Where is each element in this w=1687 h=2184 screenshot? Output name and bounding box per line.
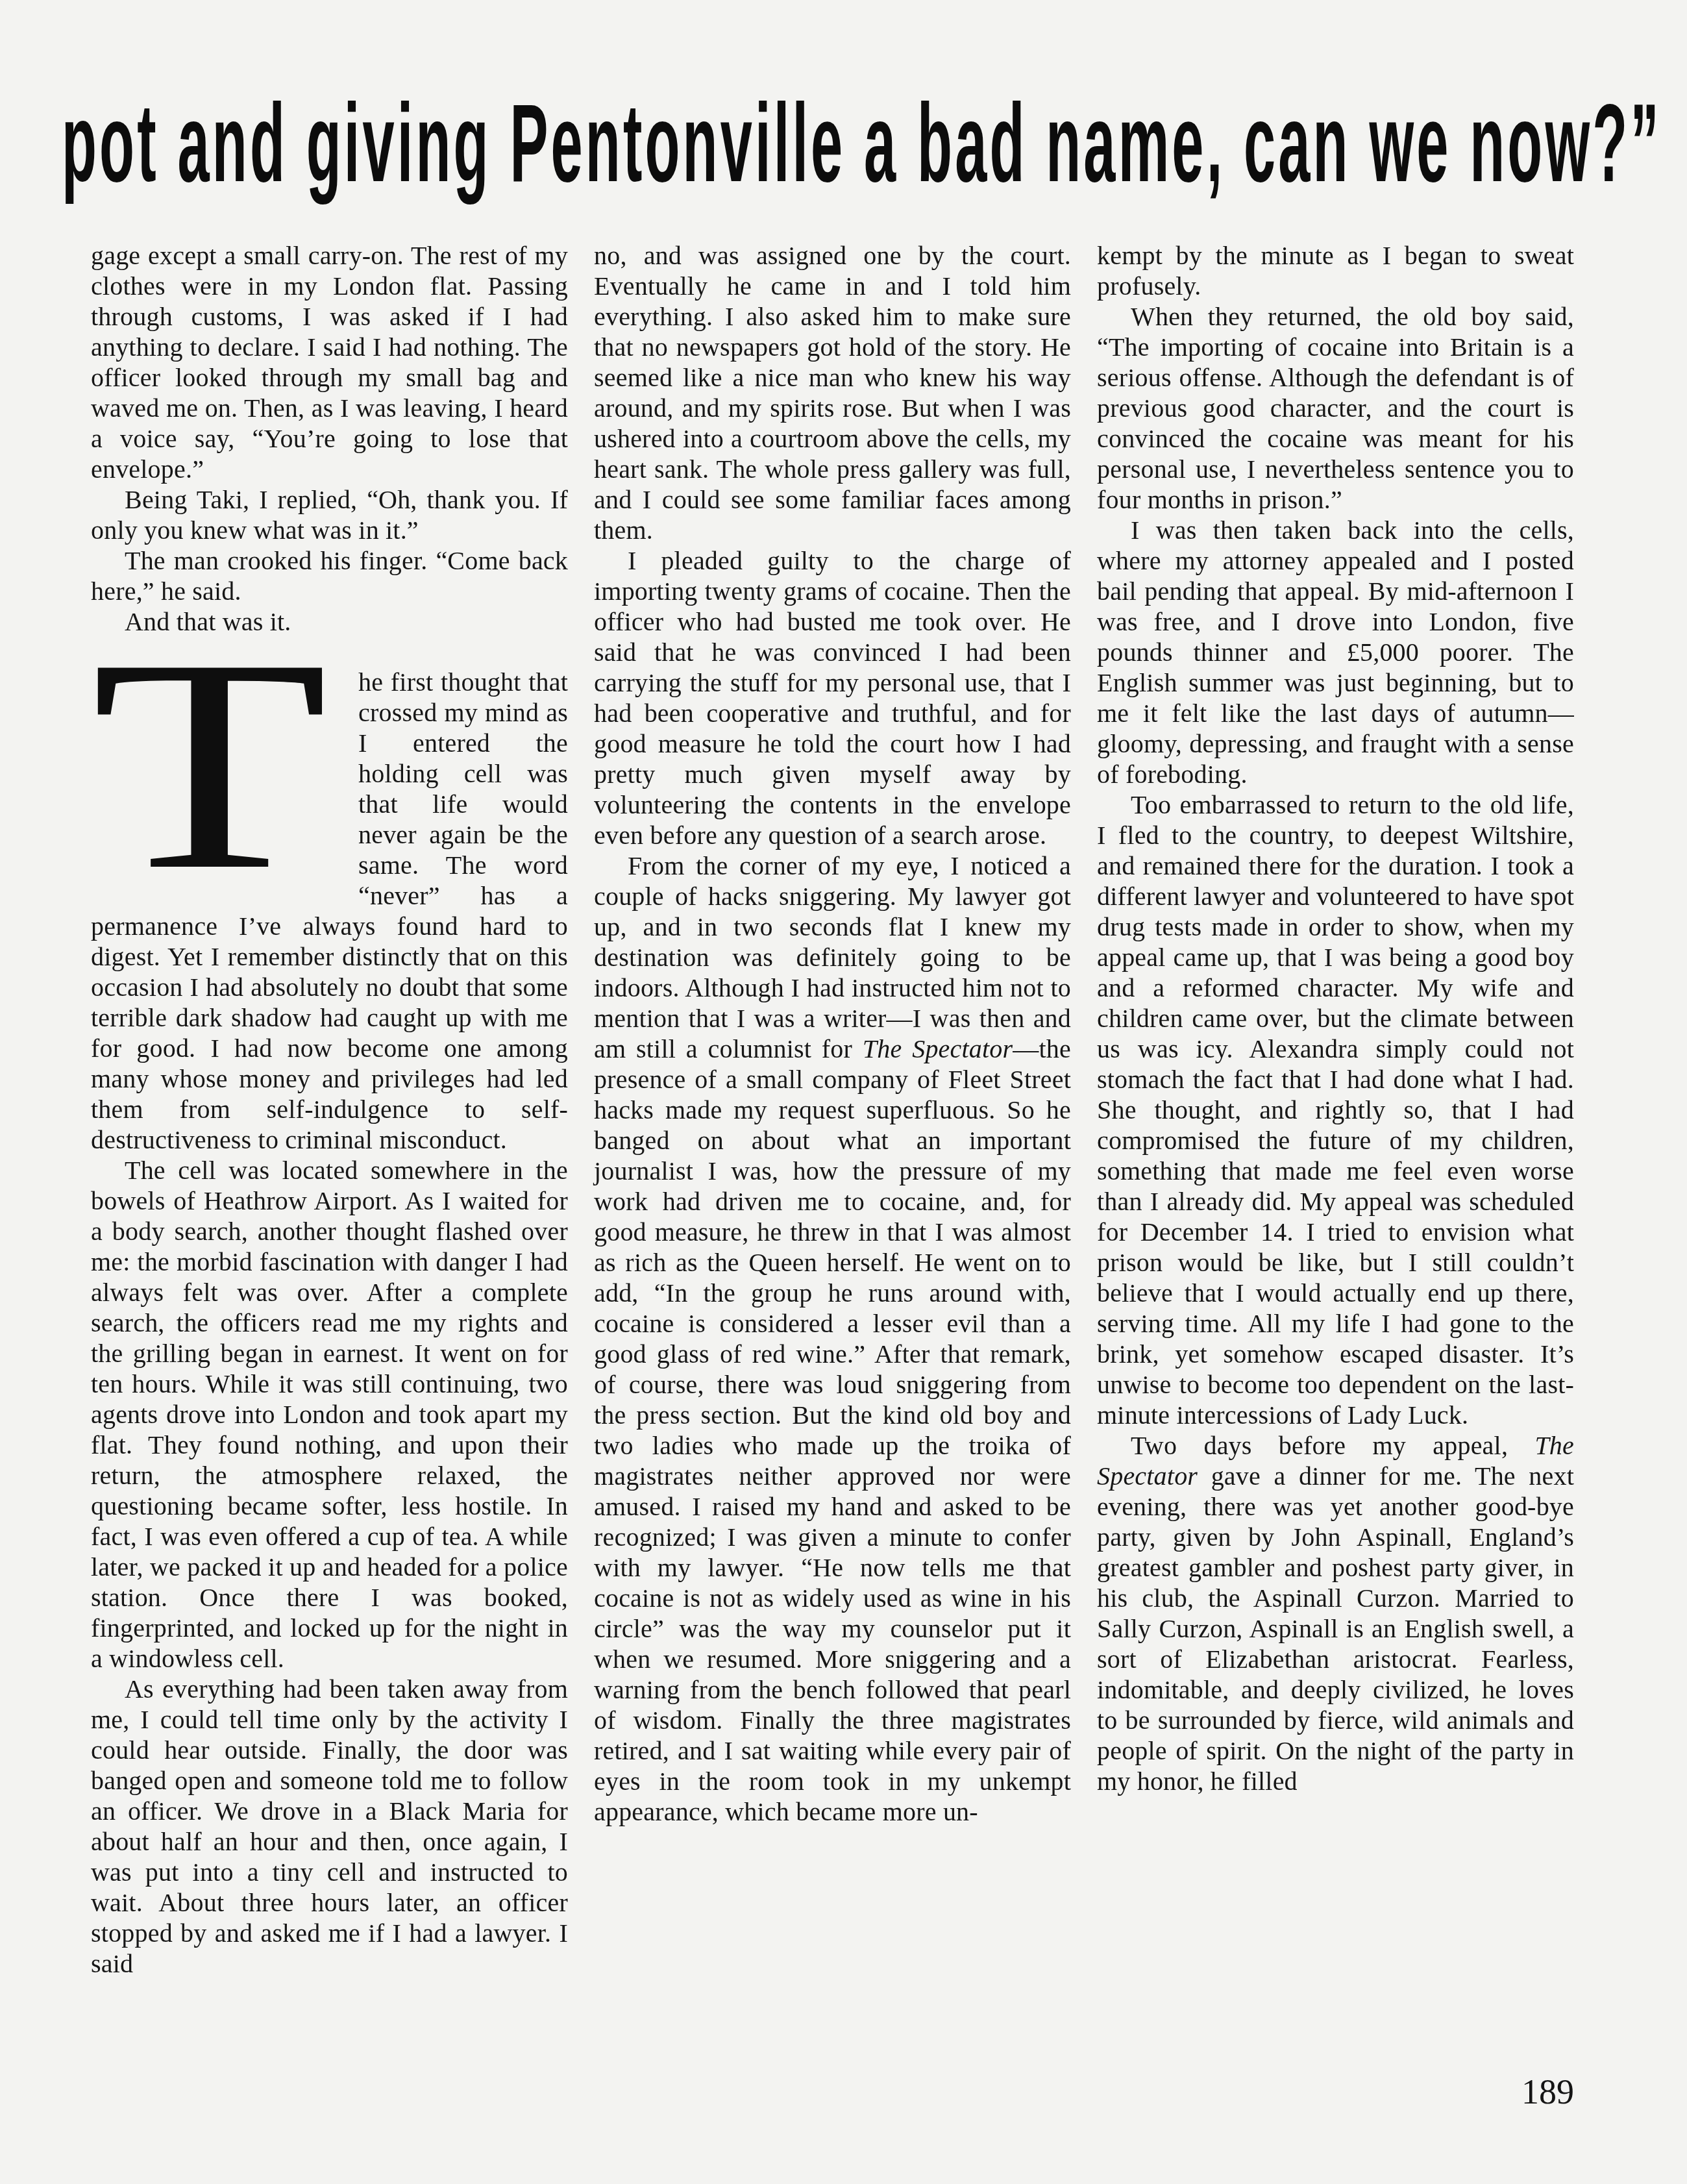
paragraph: As everything had been taken away from m… (91, 1674, 568, 1979)
page-number: 189 (91, 2072, 1574, 2111)
column-2: no, and was assigned one by the court. E… (594, 240, 1071, 2036)
article-body: gage except a small carry-on. The rest o… (91, 240, 1574, 2036)
paragraph: no, and was assigned one by the court. E… (594, 240, 1071, 545)
paragraph: Too embarrassed to return to the old lif… (1097, 789, 1574, 1430)
paragraph: kempt by the minute as I began to sweat … (1097, 240, 1574, 301)
paragraph: Being Taki, I replied, “Oh, thank you. I… (91, 484, 568, 545)
drop-cap-letter: T (91, 667, 433, 911)
magazine-page: { "page": { "background": "#f3f3f1", "in… (0, 0, 1687, 2184)
paragraph: I was then taken back into the cells, wh… (1097, 515, 1574, 789)
column-1: gage except a small carry-on. The rest o… (91, 240, 568, 2036)
column-3: kempt by the minute as I began to sweat … (1097, 240, 1574, 2036)
paragraph: I pleaded guilty to the charge of import… (594, 545, 1071, 850)
headline: pot and giving Pentonville a bad name, c… (62, 75, 1662, 212)
paragraph: From the corner of my eye, I noticed a c… (594, 850, 1071, 1827)
paragraph: When they returned, the old boy said, “T… (1097, 301, 1574, 515)
paragraph: Two days before my appeal, The Spectator… (1097, 1430, 1574, 1796)
headline-container: pot and giving Pentonville a bad name, c… (62, 75, 1662, 264)
paragraph: The cell was located somewhere in the bo… (91, 1155, 568, 1674)
paragraph: gage except a small carry-on. The rest o… (91, 240, 568, 484)
paragraph: The first thought that crossed my mind a… (91, 667, 568, 1155)
